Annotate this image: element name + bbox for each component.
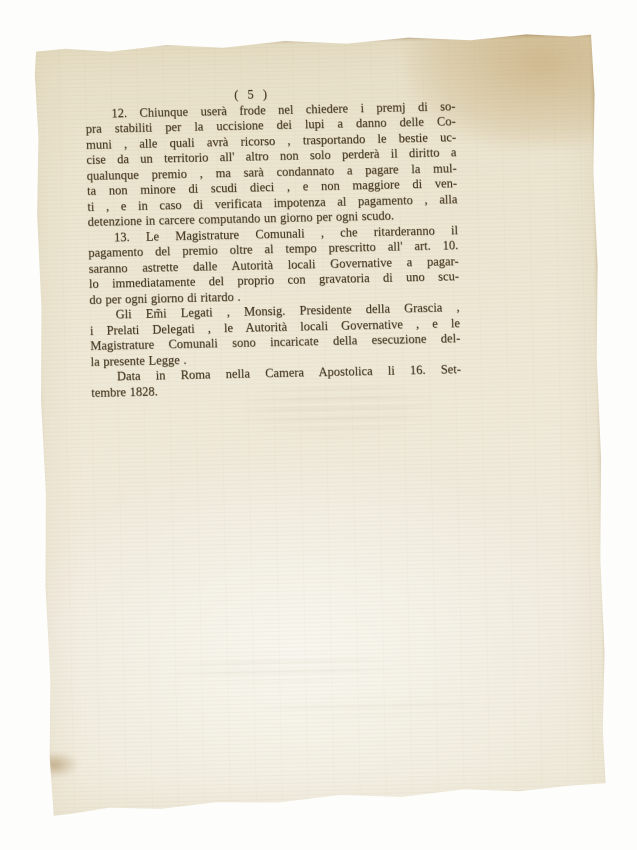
show-through-smudge <box>167 648 400 687</box>
paper-sheet: ( 5 ) 12. Chiunque userà frode nel chied… <box>32 32 610 820</box>
photo-background: ( 5 ) 12. Chiunque userà frode nel chied… <box>0 0 637 850</box>
show-through-smudge <box>254 693 479 722</box>
stain-left-edge <box>43 751 80 778</box>
printed-text-block: ( 5 ) 12. Chiunque userà frode nel chied… <box>85 83 461 401</box>
